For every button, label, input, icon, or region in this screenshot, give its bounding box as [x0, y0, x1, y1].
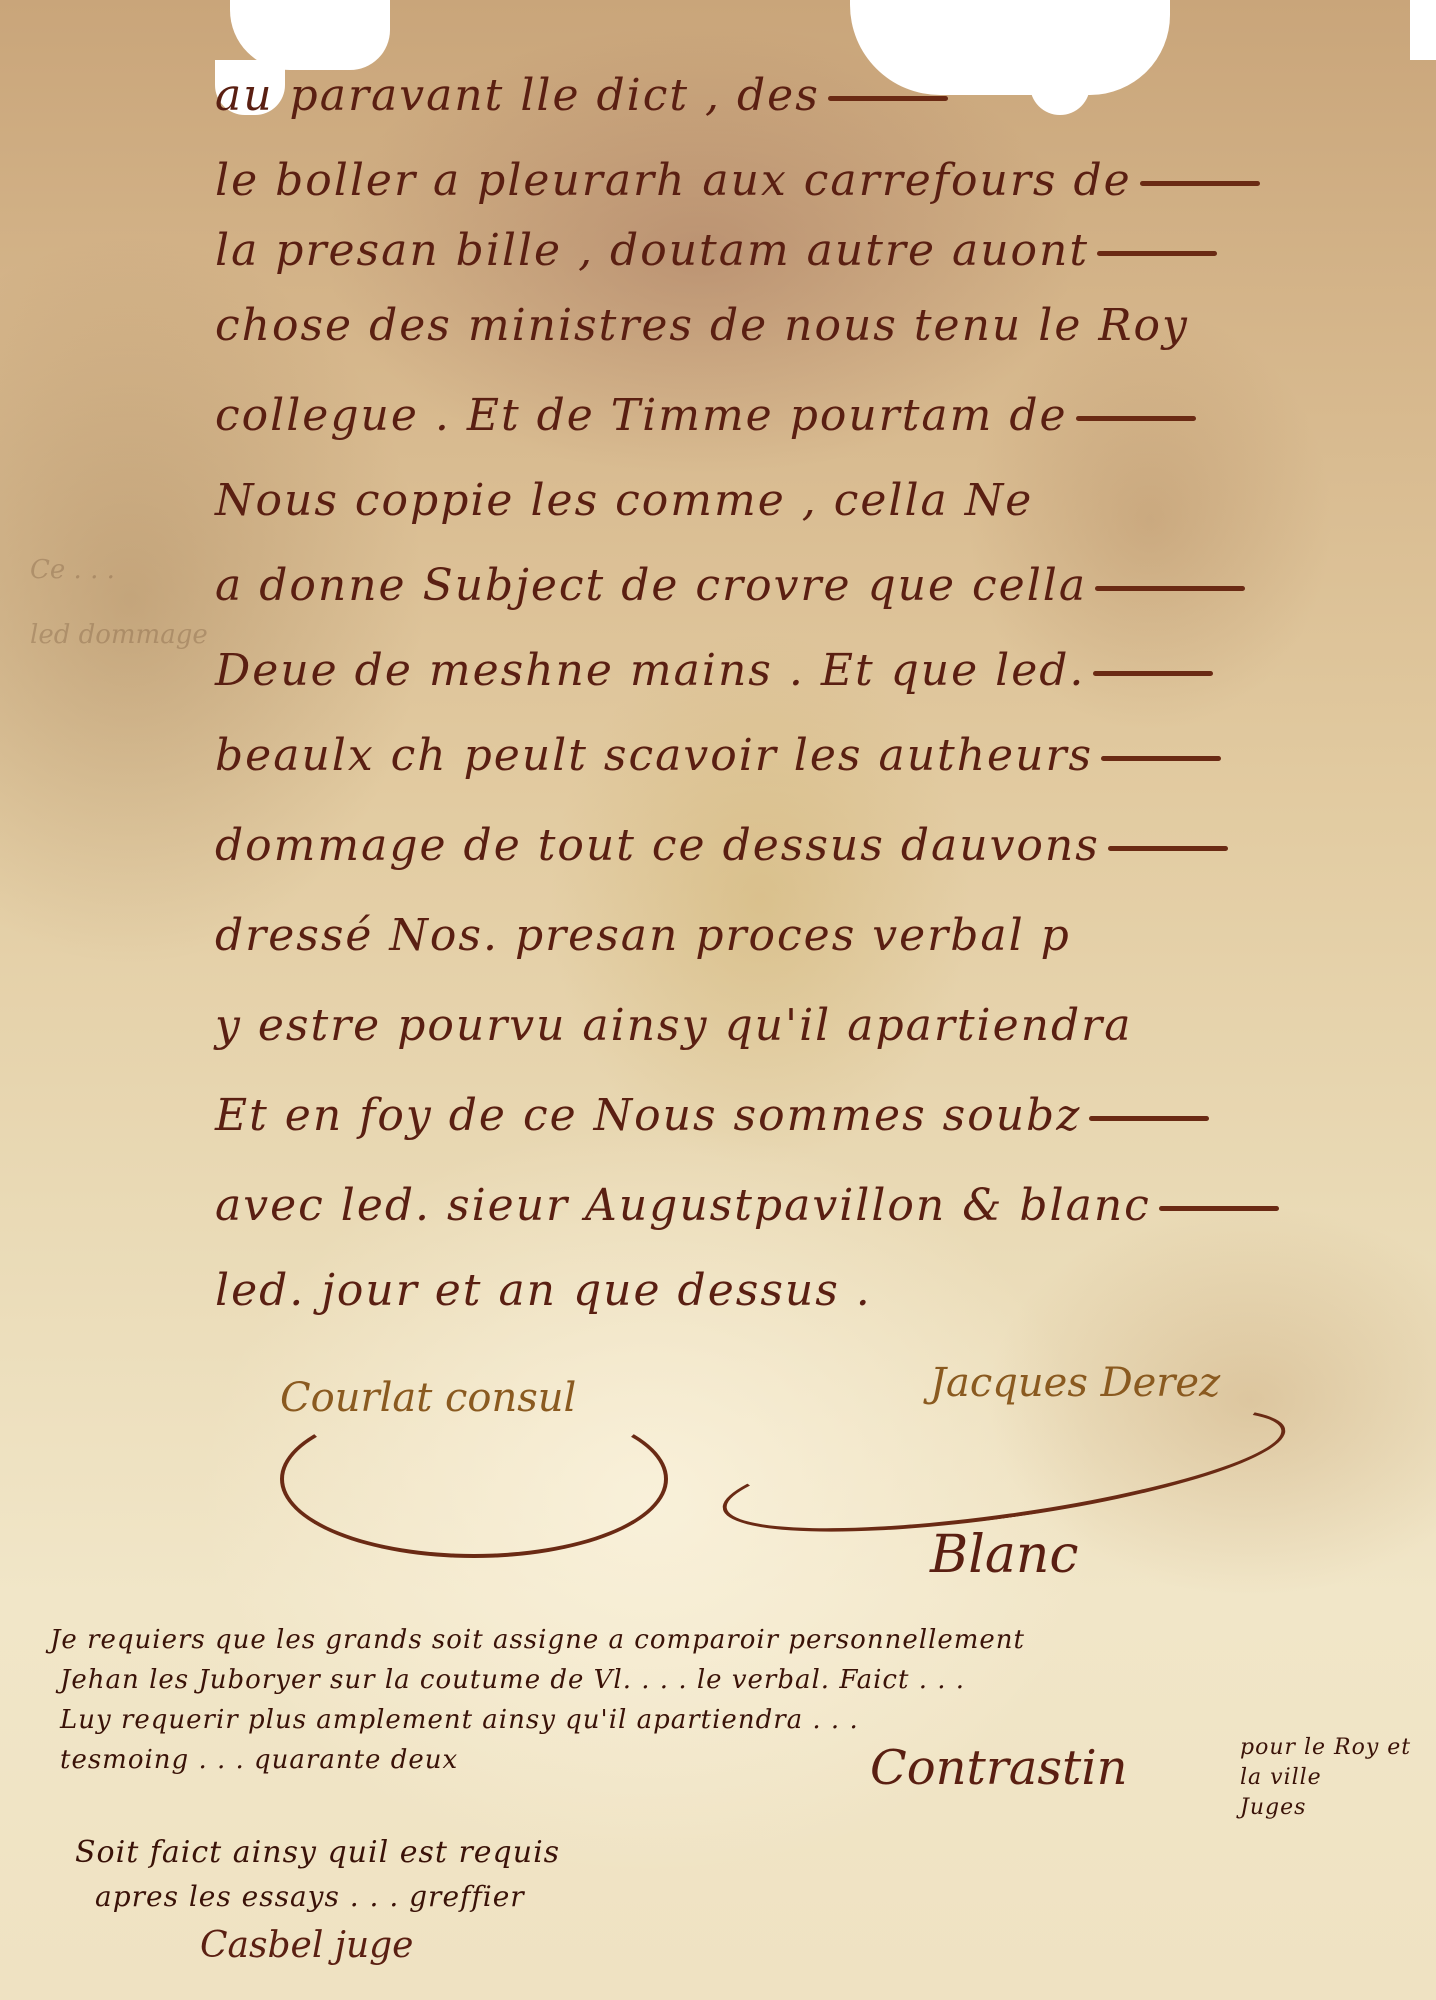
text-line-3: la presan bille , doutam autre auont: [215, 225, 1365, 276]
line-flourish: [1093, 671, 1213, 676]
signature-flourish: [280, 1400, 668, 1558]
text-line-15: led. jour et an que dessus .: [215, 1265, 1365, 1316]
request-line-3: Luy requerir plus amplement ainsy qu'il …: [60, 1705, 859, 1735]
signature-judge: Casbel juge: [200, 1925, 414, 1966]
text-line-6: Nous coppie les comme , cella Ne: [215, 475, 1365, 526]
manuscript-page: Ce . . . led dommage au paravant lle dic…: [0, 0, 1436, 2000]
text-line-9: beaulx ch peult scavoir les autheurs: [215, 730, 1365, 781]
request-line-4: tesmoing . . . quarante deux: [60, 1745, 458, 1775]
text-line-4: chose des ministres de nous tenu le Roy: [215, 300, 1365, 351]
margin-ghost-text: Ce . . .: [30, 555, 115, 585]
text-line-10: dommage de tout ce dessus dauvons: [215, 820, 1365, 871]
line-flourish: [1089, 1116, 1209, 1121]
signature-blanc: Blanc: [930, 1525, 1078, 1585]
text-line-11: dressé Nos. presan proces verbal p: [215, 910, 1365, 961]
side-note-3: Juges: [1240, 1795, 1306, 1820]
text-line-7: a donne Subject de crovre que cella: [215, 560, 1365, 611]
line-flourish: [1159, 1206, 1279, 1211]
line-flourish: [1097, 251, 1217, 256]
line-flourish: [1140, 181, 1260, 186]
request-line-1: Je requiers que les grands soit assigne …: [50, 1625, 1025, 1655]
line-flourish: [1101, 756, 1221, 761]
line-flourish: [828, 96, 948, 101]
line-flourish: [1076, 416, 1196, 421]
text-line-8: Deue de meshne mains . Et que led.: [215, 645, 1365, 696]
side-note-1: pour le Roy et: [1240, 1735, 1411, 1760]
order-line-1: Soit faict ainsy quil est requis: [75, 1835, 560, 1870]
text-line-5: collegue . Et de Timme pourtam de: [215, 390, 1365, 441]
text-line-2: le boller a pleurarh aux carrefours de: [215, 155, 1365, 206]
signature-contrastin: Contrastin: [870, 1740, 1128, 1796]
signature-derez: Jacques Derez: [930, 1360, 1220, 1406]
request-line-2: Jehan les Juboryer sur la coutume de Vl.…: [60, 1665, 965, 1695]
text-line-1: au paravant lle dict , des: [215, 70, 1365, 121]
side-note-2: la ville: [1240, 1765, 1322, 1790]
line-flourish: [1108, 846, 1228, 851]
text-line-14: avec led. sieur Augustpavillon & blanc: [215, 1180, 1365, 1231]
torn-edge: [1410, 0, 1436, 60]
text-line-13: Et en foy de ce Nous sommes soubz: [215, 1090, 1365, 1141]
line-flourish: [1095, 586, 1245, 591]
text-line-12: y estre pourvu ainsy qu'il apartiendra: [215, 1000, 1365, 1051]
margin-ghost-text: led dommage: [30, 620, 208, 650]
order-line-2: apres les essays . . . greffier: [95, 1880, 525, 1913]
